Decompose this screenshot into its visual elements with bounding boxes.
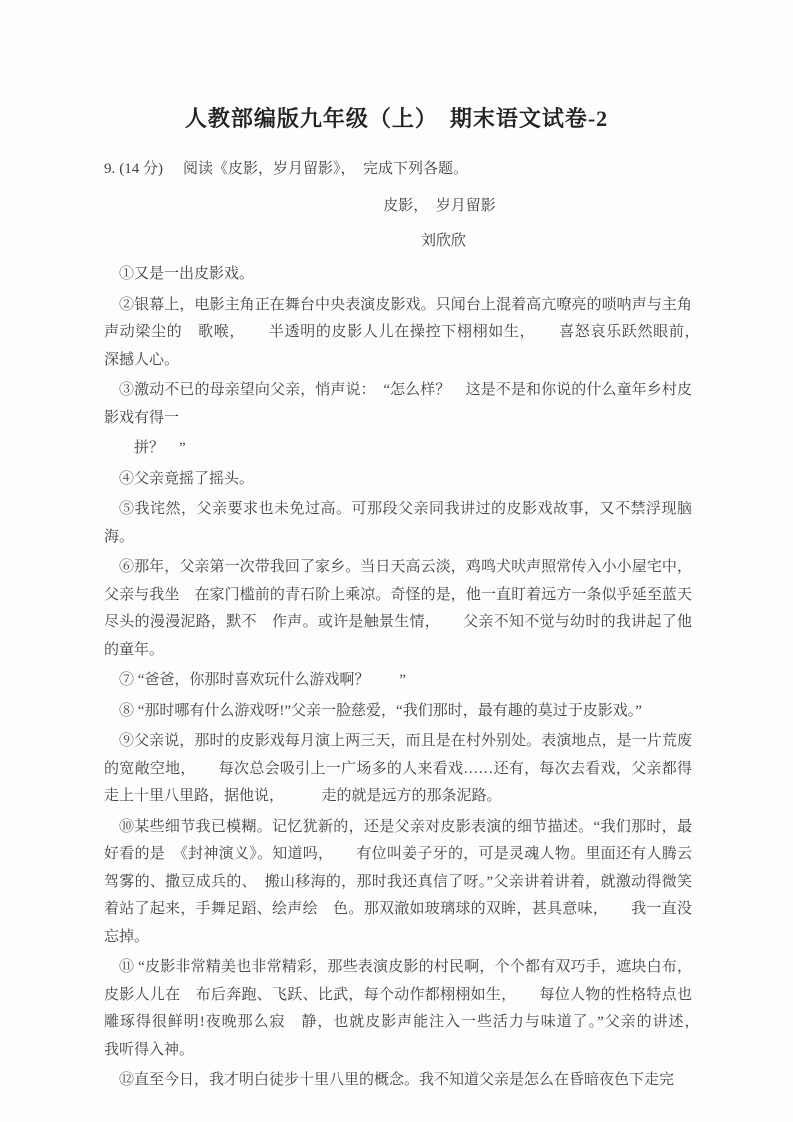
question-header: 9.(14 分)阅读《皮影，岁月留影》， 完成下列各题。 xyxy=(104,159,692,180)
article-paragraph-6: ⑥那年，父亲第一次带我回了家乡。当日天高云淡，鸡鸣犬吠声照常传入小小屋宅中，父亲… xyxy=(104,554,692,664)
article-paragraph-10: ⑩某些细节我已模糊。记忆犹新的，还是父亲对皮影表演的细节描述。“我们那时，最好看… xyxy=(104,814,692,952)
article-paragraph-12: ⑫直至今日，我才明白徒步十里八里的概念。我不知道父亲是怎么在昏暗夜色下走完 xyxy=(104,1067,692,1095)
article-paragraph-7: ⑦ “爸爸，你那时喜欢玩什么游戏啊？ ” xyxy=(104,667,692,695)
question-points: (14 分) xyxy=(119,161,163,177)
question-instruction: 阅读《皮影，岁月留影》， 完成下列各题。 xyxy=(183,161,468,177)
article-paragraph-9: ⑨父亲说，那时的皮影戏每月演上两三天，而且是在村外别处。表演地点，是一片荒废的宽… xyxy=(104,728,692,811)
article-author: 刘欣欣 xyxy=(0,230,793,252)
article-paragraph-4: ④父亲竟摇了摇头。 xyxy=(104,466,692,494)
exam-title: 人教部编版九年级（上） 期末语文试卷-2 xyxy=(0,104,793,134)
article-paragraph-1: ①又是一出皮影戏。 xyxy=(104,261,692,289)
article-body: ①又是一出皮影戏。 ②银幕上，电影主角正在舞台中央表演皮影戏。只闻台上混着高亢嘹… xyxy=(104,261,692,1095)
article-paragraph-3: ③激动不已的母亲望向父亲，悄声说： “怎么样？ 这是不是和你说的什么童年乡村皮影… xyxy=(104,377,692,432)
article-title: 皮影， 岁月留影 xyxy=(0,195,793,217)
article-paragraph-3-continuation: 拼？ ” xyxy=(104,435,692,463)
exam-page: 人教部编版九年级（上） 期末语文试卷-2 9.(14 分)阅读《皮影，岁月留影》… xyxy=(0,0,793,1122)
article-paragraph-11: ⑪ “皮影非常精美也非常精彩，那些表演皮影的村民啊，个个都有双巧手，遮块白布，皮… xyxy=(104,954,692,1064)
article-paragraph-2: ②银幕上，电影主角正在舞台中央表演皮影戏。只闻台上混着高亢嘹亮的唢呐声与主角声动… xyxy=(104,292,692,375)
article-paragraph-5: ⑤我诧然，父亲要求也未免过高。可那段父亲同我讲过的皮影戏故事，又不禁浮现脑海。 xyxy=(104,496,692,551)
question-number: 9. xyxy=(104,161,115,177)
article-paragraph-8: ⑧ “那时哪有什么游戏呀!”父亲一脸慈爱，“我们那时，最有趣的莫过于皮影戏。” xyxy=(104,698,692,726)
